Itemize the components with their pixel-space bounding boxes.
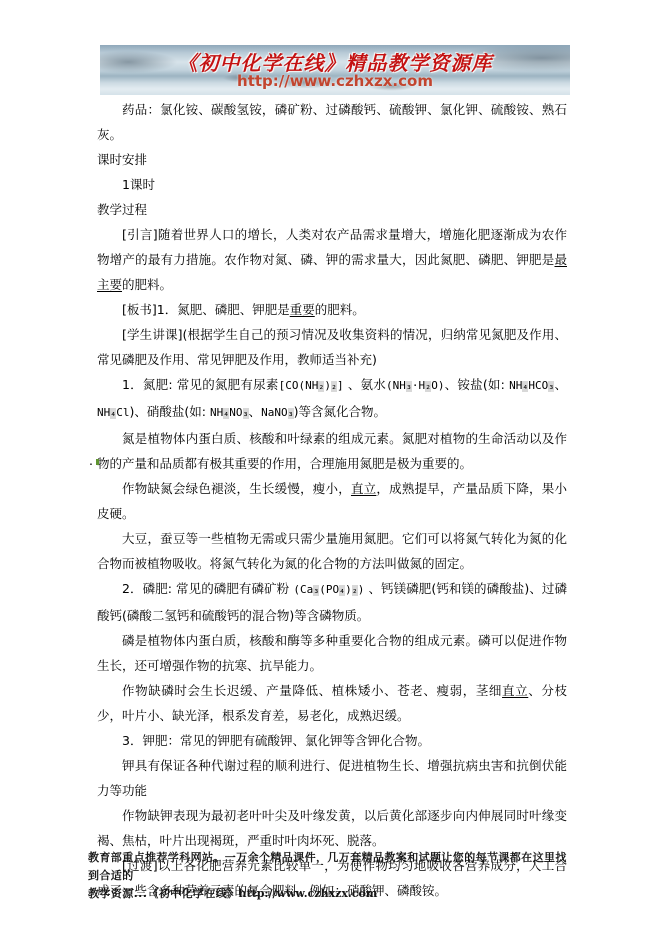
text-run: 1．氮肥: 常见的氮肥有尿素	[122, 377, 279, 392]
doc-paragraph: 2．磷肥: 常见的磷肥有磷矿粉 (Ca₃(PO₄)₂) 、钙镁磷肥(钙和镁的磷酸…	[97, 576, 567, 628]
text-run: 、氨水	[344, 377, 386, 392]
doc-paragraph: 3．钾肥：常见的钾肥有硫酸钾、氯化钾等含钾化合物。	[97, 728, 567, 753]
banner-url: http://www.czhxzx.com	[100, 73, 570, 90]
underlined-text: 重要	[290, 302, 315, 317]
doc-paragraph: 作物缺氮会绿色褪淡，生长缓慢，瘦小，直立，成熟提早，产量品质下降，果小皮硬。	[97, 476, 567, 526]
doc-paragraph: 药品：氯化铵、碳酸氢铵，磷矿粉、过磷酸钙、硫酸钾、氯化钾、硫酸铵、熟石灰。	[97, 97, 567, 147]
text-run: [学生讲课](根据学生自己的预习情况及收集资料的情况，归纳常见氮肥及作用、常见磷…	[97, 327, 567, 367]
underlined-text: 直立	[351, 481, 376, 496]
text-run: 氮是植物体内蛋白质、核酸和叶绿素的组成元素。氮肥对植物的生命活动以及作物的产量和…	[97, 431, 567, 471]
chemical-formula: (NH₃·H₂O)	[386, 379, 444, 392]
text-run: 1课时	[122, 177, 155, 192]
text-run: 大豆，蚕豆等一些植物无需或只需少量施用氮肥。它们可以将氮气转化为氮的化合物而被植…	[97, 531, 567, 571]
doc-paragraph: [学生讲课](根据学生自己的预习情况及收集资料的情况，归纳常见氮肥及作用、常见磷…	[97, 322, 567, 372]
text-run: 钾具有保证各种代谢过程的顺利进行、促进植物生长、增强抗病虫害和抗倒伏能力等功能	[97, 758, 567, 798]
grammar-check-mark	[96, 459, 99, 465]
chemical-formula: [CO(NH₂)₂]	[279, 379, 344, 392]
doc-paragraph: 1课时	[97, 172, 567, 197]
chemical-formula: NaNO₃	[261, 406, 294, 419]
text-run: 作物缺钾表现为最初老叶叶尖及叶缘发黄，以后黄化部逐步向内伸展同时叶缘变褐、焦枯，…	[97, 808, 567, 848]
footer: 教育部重点推荐学科网站。一万余个精品课件，几万套精品教案和试题让您的每节课都在这…	[88, 849, 572, 903]
footer-line2-text: 教学资源...《初中化学在线》	[88, 887, 239, 900]
footer-url: http://www.czhxzx.com	[239, 887, 378, 900]
formula-subscript: ₂	[352, 585, 358, 596]
formula-subscript: ₄	[110, 408, 116, 419]
header-banner-image: 《初中化学在线》精品教学资源库 http://www.czhxzx.com	[100, 45, 570, 95]
doc-paragraph: 作物缺磷时会生长迟缓、产量降低、植株矮小、苍老、瘦弱，茎细直立、分枝少，叶片小、…	[97, 678, 567, 728]
doc-paragraph: 教学过程	[97, 197, 567, 222]
text-run: 2．磷肥: 常见的磷肥有磷矿粉	[122, 581, 293, 596]
chemical-formula: NH₄NO₃	[210, 406, 249, 419]
doc-paragraph: 课时安排	[97, 147, 567, 172]
doc-paragraph: 1．氮肥: 常见的氮肥有尿素[CO(NH₂)₂] 、氨水(NH₃·H₂O)、铵盐…	[97, 372, 567, 426]
formula-subscript: ₄	[522, 381, 528, 392]
doc-paragraph: [板书]1．氮肥、磷肥、钾肥是重要的肥料。	[97, 297, 567, 322]
doc-paragraph: 氮是植物体内蛋白质、核酸和叶绿素的组成元素。氮肥对植物的生命活动以及作物的产量和…	[97, 426, 567, 476]
formula-subscript: ₂	[425, 381, 431, 392]
text-run: [引言]随着世界人口的增长，人类对农产品需求量增大，增施化肥逐渐成为农作物增产的…	[97, 227, 567, 267]
doc-paragraph: [引言]随着世界人口的增长，人类对农产品需求量增大，增施化肥逐渐成为农作物增产的…	[97, 222, 567, 297]
formula-subscript: ₄	[339, 585, 345, 596]
footer-line2: 教学资源...《初中化学在线》http://www.czhxzx.com	[88, 885, 572, 903]
chemical-formula: NH₄HCO₃	[509, 379, 554, 392]
doc-paragraph: 作物缺钾表现为最初老叶叶尖及叶缘发黄，以后黄化部逐步向内伸展同时叶缘变褐、焦枯，…	[97, 803, 567, 853]
banner-title: 《初中化学在线》精品教学资源库	[100, 52, 570, 74]
text-run: )等含氮化合物。	[294, 404, 386, 419]
text-run: 的肥料。	[315, 302, 365, 317]
doc-paragraph: 大豆，蚕豆等一些植物无需或只需少量施用氮肥。它们可以将氮气转化为氮的化合物而被植…	[97, 526, 567, 576]
formula-subscript: ₄	[223, 408, 229, 419]
document-body: 药品：氯化铵、碳酸氢铵，磷矿粉、过磷酸钙、硫酸钾、氯化钾、硫酸铵、熟石灰。课时安…	[97, 97, 567, 903]
text-run: )、硝酸盐(如:	[130, 404, 210, 419]
text-run: 3．钾肥：常见的钾肥有硫酸钾、氯化钾等含钾化合物。	[122, 733, 430, 748]
chemical-formula: NH₄Cl	[97, 406, 130, 419]
text-run: 作物缺氮会绿色褪淡，生长缓慢，瘦小，	[122, 481, 351, 496]
formula-subscript: ₂	[331, 381, 337, 392]
text-run: 教学过程	[97, 202, 147, 217]
chemical-formula: (Ca₃(PO₄)₂)	[293, 583, 364, 596]
underlined-text: 直立	[502, 683, 528, 698]
text-run: 、铵盐(如:	[444, 377, 509, 392]
text-run: 药品：氯化铵、碳酸氢铵，磷矿粉、过磷酸钙、硫酸钾、氯化钾、硫酸铵、熟石灰。	[97, 102, 567, 142]
formula-subscript: ₃	[313, 585, 319, 596]
text-run: 作物缺磷时会生长迟缓、产量降低、植株矮小、苍老、瘦弱，茎细	[122, 683, 502, 698]
text-run: [板书]1．氮肥、磷肥、钾肥是	[122, 302, 290, 317]
doc-paragraph: 磷是植物体内蛋白质，核酸和酶等多种重要化合物的组成元素。磷可以促进作物生长，还可…	[97, 628, 567, 678]
text-run: 课时安排	[97, 152, 147, 167]
footer-line1: 教育部重点推荐学科网站。一万余个精品课件，几万套精品教案和试题让您的每节课都在这…	[88, 849, 572, 885]
text-run: 磷是植物体内蛋白质，核酸和酶等多种重要化合物的组成元素。磷可以促进作物生长，还可…	[97, 633, 567, 673]
formula-subscript: ₃	[406, 381, 412, 392]
text-run: 、	[249, 404, 262, 419]
doc-paragraph: 钾具有保证各种代谢过程的顺利进行、促进植物生长、增强抗病虫害和抗倒伏能力等功能	[97, 753, 567, 803]
stray-dot: .	[89, 453, 93, 468]
text-run: 的肥料。	[122, 277, 172, 292]
formula-subscript: ₂	[318, 381, 324, 392]
stray-punctuation-artifact: .	[89, 455, 99, 467]
text-run: 、	[554, 377, 567, 392]
